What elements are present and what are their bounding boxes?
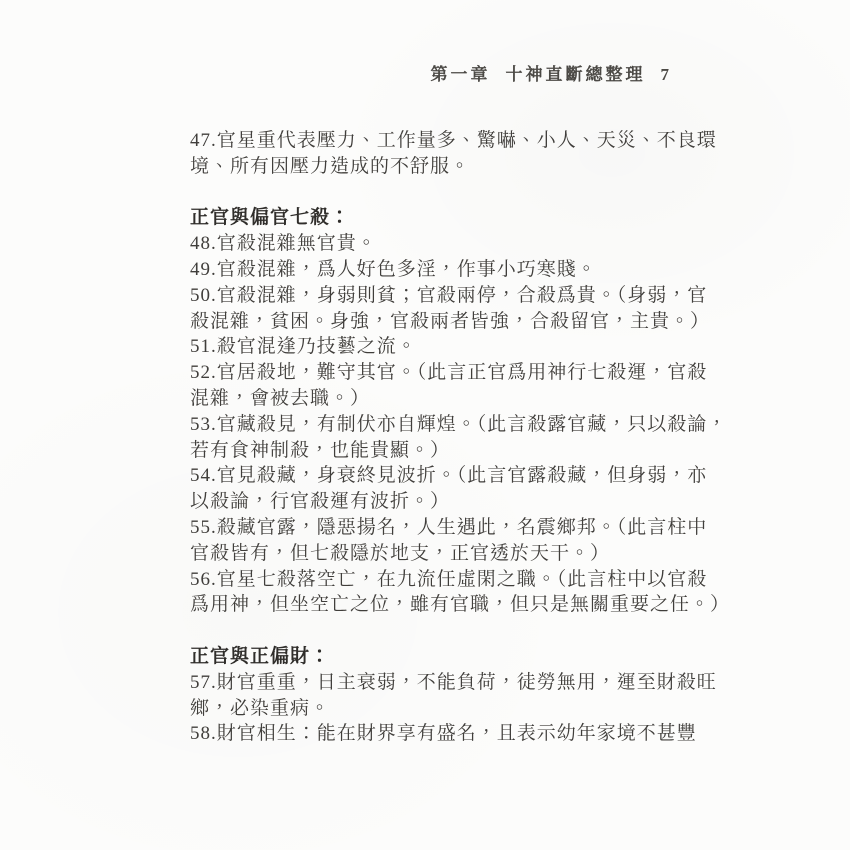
chapter-title: 十神直斷總整理 bbox=[506, 60, 646, 85]
text-line: 58.財官相生：能在財界享有盛名，且表示幼年家境不甚豐 bbox=[190, 721, 700, 747]
paragraph-spacer bbox=[190, 618, 700, 644]
book-page: 第一章 十神直斷總整理 7 47.官星重代表壓力、工作量多、驚嚇、小人、天災、不… bbox=[0, 0, 850, 850]
section-heading: 正官與正偏財： bbox=[190, 644, 700, 670]
text-line: 51.殺官混逢乃技藝之流。 bbox=[190, 334, 700, 360]
text-line: 混雜，會被去職。） bbox=[190, 386, 700, 412]
text-line: 48.官殺混雜無官貴。 bbox=[190, 231, 700, 257]
text-line: 55.殺藏官露，隱惡揚名，人生遇此，名震鄉邦。（此言柱中 bbox=[190, 515, 700, 541]
text-line: 以殺論，行官殺運有波折。） bbox=[190, 489, 700, 515]
chapter-label: 第一章 bbox=[431, 60, 491, 85]
page-body: 47.官星重代表壓力、工作量多、驚嚇、小人、天災、不良環境、所有因壓力造成的不舒… bbox=[190, 128, 700, 747]
text-line: 54.官見殺藏，身衰終見波折。（此言官露殺藏，但身弱，亦 bbox=[190, 463, 700, 489]
text-line: 47.官星重代表壓力、工作量多、驚嚇、小人、天災、不良環 bbox=[190, 128, 700, 154]
text-line: 53.官藏殺見，有制伏亦自輝煌。（此言殺露官藏，只以殺論， bbox=[190, 412, 700, 438]
text-line: 52.官居殺地，難守其官。（此言正官爲用神行七殺運，官殺 bbox=[190, 360, 700, 386]
text-line: 56.官星七殺落空亡，在九流任虛閑之職。（此言柱中以官殺 bbox=[190, 567, 700, 593]
text-line: 爲用神，但坐空亡之位，雖有官職，但只是無關重要之任。） bbox=[190, 592, 700, 618]
page-number: 7 bbox=[661, 65, 670, 85]
text-line: 50.官殺混雜，身弱則貧；官殺兩停，合殺爲貴。（身弱，官 bbox=[190, 283, 700, 309]
section-heading: 正官與偏官七殺： bbox=[190, 205, 700, 231]
paragraph-spacer bbox=[190, 180, 700, 206]
text-line: 境、所有因壓力造成的不舒服。 bbox=[190, 154, 700, 180]
text-line: 官殺皆有，但七殺隱於地支，正官透於天干。） bbox=[190, 541, 700, 567]
text-line: 若有食神制殺，也能貴顯。） bbox=[190, 438, 700, 464]
text-line: 鄉，必染重病。 bbox=[190, 696, 700, 722]
running-header: 第一章 十神直斷總整理 7 bbox=[431, 60, 670, 85]
text-line: 49.官殺混雜，爲人好色多淫，作事小巧寒賤。 bbox=[190, 257, 700, 283]
text-line: 殺混雜，貧困。身強，官殺兩者皆強，合殺留官，主貴。） bbox=[190, 309, 700, 335]
text-line: 57.財官重重，日主衰弱，不能負荷，徒勞無用，運至財殺旺 bbox=[190, 670, 700, 696]
